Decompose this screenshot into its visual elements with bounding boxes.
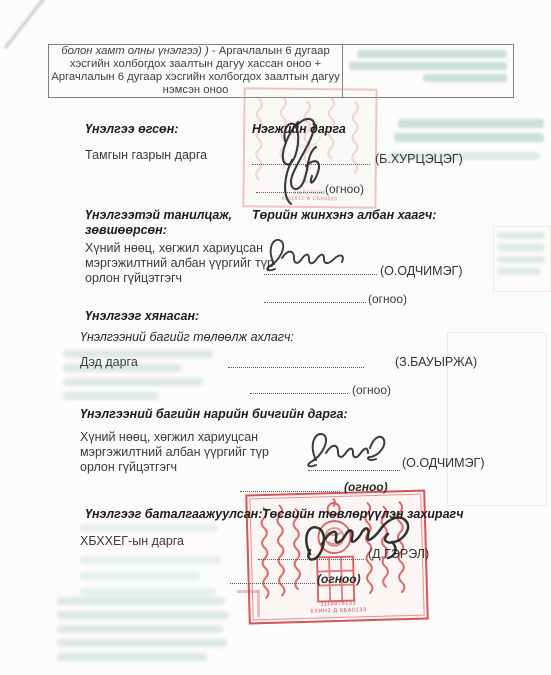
date-dotted-line — [250, 393, 348, 394]
bleedthrough-line — [497, 244, 545, 251]
signature-gerel — [292, 502, 434, 572]
section3-heading: Үнэлгээг хянасан: — [85, 309, 199, 323]
bleedthrough-line — [357, 50, 507, 58]
section3-signatory-name: (З.БАУЫРЖА) — [395, 355, 477, 369]
bleedthrough-line — [80, 524, 218, 532]
section4-heading: Үнэлгээний багийн нарийн бичгийн дарга: — [80, 407, 348, 421]
signature-khurtsetseg — [262, 114, 356, 208]
bleedthrough-line — [497, 268, 541, 275]
section2-heading-line1: Үнэлгээтэй танилцаж, — [85, 208, 232, 222]
header-italic-lead: болон хамт олны үнэлгээ) ) — [61, 45, 208, 57]
date-dotted-line — [264, 302, 366, 303]
section4-signatory-name: (О.ОДЧИМЭГ) — [402, 456, 485, 470]
section5-heading: Үнэлгээг баталгаажуулсан: — [85, 507, 262, 521]
bleedthrough-line — [57, 597, 225, 605]
section2-date-label: (огноо) — [368, 292, 407, 306]
section4-role-line3: орлон гүйцэтгэгч — [80, 460, 177, 474]
bleedthrough-line — [80, 572, 200, 580]
bleedthrough-line — [57, 653, 207, 661]
bleedthrough-line — [423, 74, 507, 82]
signature-odchimeg-2 — [296, 426, 402, 474]
bleedthrough-line — [497, 232, 545, 239]
bleedthrough-line — [80, 556, 222, 564]
section2-role-line3: орлон гүйцэтгэгч — [85, 271, 182, 285]
bleedthrough-line — [63, 378, 203, 386]
date-dotted-line — [230, 583, 315, 584]
signature-dotted-line — [228, 367, 364, 368]
section3-subheading: Үнэлгээний багийг төлөөлж ахлагч: — [80, 330, 294, 344]
section2-role-line1: Хүний нөөц, хөгжил хариуцсан — [85, 241, 263, 255]
header-line2: хэсгийн холбогдох заалтын дагуу хассан о… — [70, 58, 321, 70]
bleedthrough-line — [63, 392, 159, 400]
section4-role-line2: мэргэжилтний албан үүргийг түр — [80, 445, 269, 459]
section2-heading-line2: зөвшөөрсөн: — [85, 223, 167, 237]
bleedthrough-line — [349, 62, 507, 70]
scanned-document-page: болон хамт олны үнэлгээ) ) - Аргачлалын … — [0, 0, 551, 675]
signature-odchimeg — [258, 234, 354, 276]
bleedthrough-line — [57, 611, 229, 619]
section5-date-label: (огноо) — [317, 572, 361, 586]
bleedthrough-line — [57, 625, 223, 633]
header-line3: Аргачлалын 6 дугаар хэсгийн холбогдох за… — [51, 71, 340, 83]
section5-role: ХБХХЕГ-ын дарга — [80, 534, 184, 548]
section4-date-label: (огноо) — [344, 480, 388, 494]
bleedthrough-line — [57, 639, 227, 647]
bleedthrough-line — [394, 133, 544, 142]
section3-role: Дэд дарга — [80, 355, 138, 369]
header-line1-rest: - Аргачлалын 6 дугаар — [209, 45, 330, 57]
date-dotted-line — [240, 491, 340, 492]
bleedthrough-line — [80, 588, 216, 596]
section1-role: Тамгын газрын дарга — [85, 148, 207, 162]
header-line4: нэмсэн оноо — [163, 84, 229, 96]
bleedthrough-line — [497, 256, 545, 263]
section4-role-line1: Хүний нөөц, хөгжил хариуцсан — [80, 430, 258, 444]
section1-signatory-name: (Б.ХУРЦЭЦЭГ) — [375, 152, 463, 166]
scan-corner-fold-artifact — [4, 0, 54, 49]
section1-heading: Үнэлгээ өгсөн: — [85, 122, 178, 136]
bleedthrough-line — [398, 119, 544, 128]
section2-right-title: Төрийн жинхэнэ албан хаагч: — [252, 208, 436, 222]
section3-date-label: (огноо) — [352, 383, 391, 397]
section2-signatory-name: (О.ОДЧИМЭГ) — [380, 264, 463, 278]
section2-role-line2: мэргэжилтний албан үүргийг түр — [85, 256, 274, 270]
